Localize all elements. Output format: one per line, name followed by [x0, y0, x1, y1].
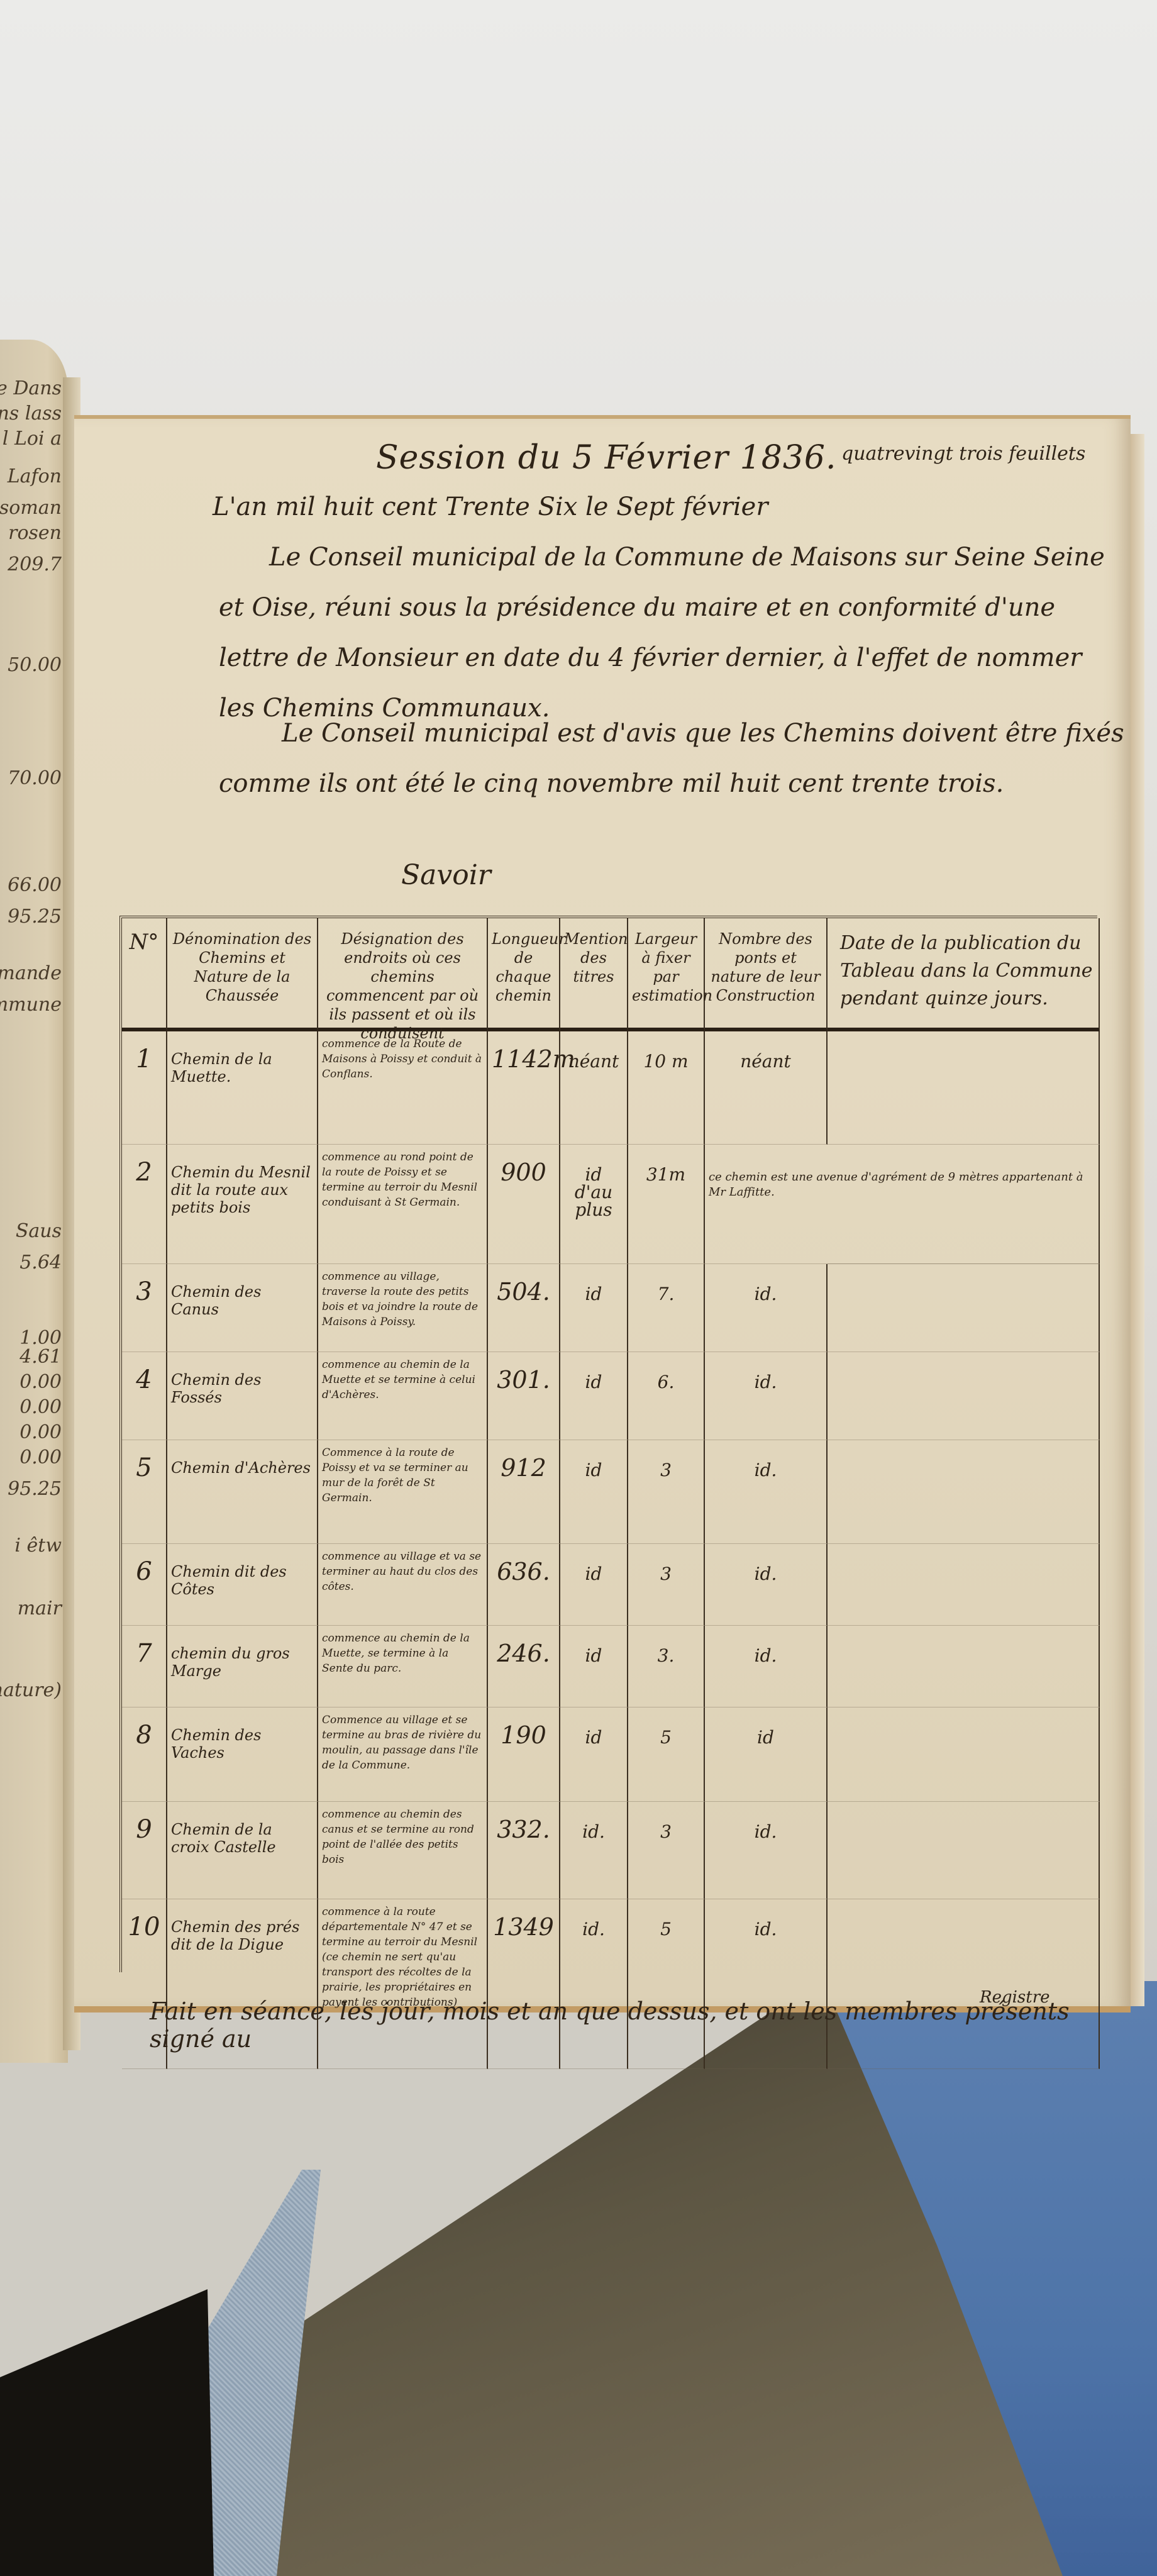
road-name-cell: Chemin du Mesnil dit la route aux petits…	[167, 1145, 318, 1264]
road-designation-cell: commence au chemin des canus et se termi…	[318, 1802, 488, 1899]
publication-date-cell	[828, 1440, 1100, 1544]
road-designation-cell: commence de la Route de Maisons à Poissy…	[318, 1031, 488, 1145]
col-header-publication-date: Date de la publication du Tableau dans l…	[828, 918, 1100, 1031]
road-name-cell: Chemin d'Achères	[167, 1440, 318, 1544]
road-bridges-cell: ce chemin est une avenue d'agrément de 9…	[705, 1145, 1100, 1264]
road-length-cell: 190	[488, 1707, 560, 1802]
road-width-cell: 3.	[628, 1626, 705, 1707]
road-designation-cell: commence au village et va se terminer au…	[318, 1544, 488, 1626]
publication-date-cell	[828, 1802, 1100, 1899]
road-designation-cell: commence au village, traverse la route d…	[318, 1264, 488, 1352]
left-page-fragment: 95.25	[8, 906, 62, 928]
col-header-titles: Mention des titres	[560, 918, 628, 1031]
road-length-cell: 301.	[488, 1352, 560, 1440]
roads-table: N° Dénomination des Chemins et Nature de…	[119, 916, 1097, 1972]
col-header-designation: Désignation des endroits où ces chemins …	[318, 918, 488, 1031]
road-name-cell: Chemin des Fossés	[167, 1352, 318, 1440]
road-length-cell: 636.	[488, 1544, 560, 1626]
col-header-length: Longueur de chaque chemin	[488, 918, 560, 1031]
road-bridges-cell: id.	[705, 1352, 828, 1440]
road-name-cell: Chemin dit des Côtes	[167, 1544, 318, 1626]
road-bridges-cell: id.	[705, 1264, 828, 1352]
road-bridges-cell: id	[705, 1707, 828, 1802]
publication-date-cell	[828, 1626, 1100, 1707]
road-length-cell: 912	[488, 1440, 560, 1544]
road-titles-cell: id	[560, 1440, 628, 1544]
road-bridges-cell: id.	[705, 1544, 828, 1626]
left-page-fragment: onaisoman	[0, 497, 62, 519]
left-page-fragment: i êtw	[14, 1535, 62, 1557]
left-page-fragment: l Loi a	[3, 428, 62, 450]
road-width-cell: 3	[628, 1544, 705, 1626]
road-bridges-cell: néant	[705, 1031, 828, 1145]
council-paragraph: Le Conseil municipal de la Commune de Ma…	[219, 532, 1124, 733]
road-width-cell: 3	[628, 1440, 705, 1544]
road-width-cell: 3	[628, 1802, 705, 1899]
road-designation-cell: commence au chemin de la Muette et se te…	[318, 1352, 488, 1440]
previous-page-fragment: ige Dansisons lassl Loi aLafononaisomanr…	[0, 340, 68, 2063]
publication-date-cell	[828, 1031, 1100, 1145]
left-page-fragment: commune	[0, 994, 62, 1016]
road-designation-cell: commence au chemin de la Muette, se term…	[318, 1626, 488, 1707]
left-page-fragment: 95.25	[8, 1478, 62, 1500]
session-title: Session du 5 Février 1836.	[376, 439, 837, 477]
road-length-cell: 1142m	[488, 1031, 560, 1145]
road-name-cell: Chemin des Canus	[167, 1264, 318, 1352]
road-bridges-cell: id.	[705, 1802, 828, 1899]
road-width-cell: 10 m	[628, 1031, 705, 1145]
row-number-cell: 6	[122, 1544, 167, 1626]
publication-date-cell	[828, 1264, 1100, 1352]
road-bridges-cell: id.	[705, 1440, 828, 1544]
row-number-cell: 7	[122, 1626, 167, 1707]
road-length-cell: 900	[488, 1145, 560, 1264]
publication-date-cell	[828, 1707, 1100, 1802]
row-number-cell: 3	[122, 1264, 167, 1352]
road-titles-cell: id.	[560, 1802, 628, 1899]
road-titles-cell: néant	[560, 1031, 628, 1145]
left-page-fragment: mande	[0, 962, 62, 984]
road-length-cell: 504.	[488, 1264, 560, 1352]
register-page: Session du 5 Février 1836. quatrevingt t…	[74, 415, 1131, 2012]
left-page-fragment: isons lass	[0, 402, 62, 425]
left-page-fragment: 50.00	[8, 654, 62, 676]
road-width-cell: 7.	[628, 1264, 705, 1352]
road-titles-cell: id d'au plus	[560, 1145, 628, 1264]
opinion-paragraph: Le Conseil municipal est d'avis que les …	[219, 708, 1124, 809]
left-page-fragment: 70.00	[8, 767, 62, 789]
row-number-cell: 2	[122, 1145, 167, 1264]
left-page-fragment: Saus	[16, 1220, 62, 1242]
publication-date-cell	[828, 1352, 1100, 1440]
road-titles-cell: id	[560, 1352, 628, 1440]
road-titles-cell: id	[560, 1707, 628, 1802]
publication-date-cell	[828, 1544, 1100, 1626]
road-width-cell: 5	[628, 1707, 705, 1802]
col-header-width: Largeur à fixer par estimation	[628, 918, 705, 1031]
left-page-fragment: Lafon	[8, 465, 62, 487]
road-designation-cell: Commence à la route de Poissy et va se t…	[318, 1440, 488, 1544]
road-bridges-cell: id.	[705, 1626, 828, 1707]
left-page-fragment: (signature)	[0, 1679, 62, 1701]
road-name-cell: chemin du gros Marge	[167, 1626, 318, 1707]
road-width-cell: 6.	[628, 1352, 705, 1440]
savoir-heading: Savoir	[401, 859, 491, 891]
row-number-cell: 4	[122, 1352, 167, 1440]
left-page-fragment: 0.00	[19, 1446, 62, 1468]
road-titles-cell: id	[560, 1626, 628, 1707]
row-number-cell: 9	[122, 1802, 167, 1899]
road-titles-cell: id	[560, 1544, 628, 1626]
road-width-cell: 31m	[628, 1145, 705, 1264]
road-name-cell: Chemin des Vaches	[167, 1707, 318, 1802]
road-name-cell: Chemin de la croix Castelle	[167, 1802, 318, 1899]
left-page-fragment: 0.00	[19, 1396, 62, 1418]
road-designation-cell: Commence au village et se termine au bra…	[318, 1707, 488, 1802]
row-number-cell: 1	[122, 1031, 167, 1145]
left-page-fragment: 5.64	[19, 1252, 62, 1274]
date-line: L'an mil huit cent Trente Six le Sept fé…	[213, 482, 1118, 532]
closing-statement: Fait en séance, les jour, mois et an que…	[150, 1997, 1080, 2053]
left-page-fragment: 66.00	[8, 874, 62, 896]
col-header-number: N°	[122, 918, 167, 1031]
road-name-cell: Chemin de la Muette.	[167, 1031, 318, 1145]
folio-note: quatrevingt trois feuillets	[841, 443, 1085, 465]
road-titles-cell: id	[560, 1264, 628, 1352]
left-page-fragment: 4.61	[19, 1346, 62, 1368]
left-page-fragment: rosen	[8, 522, 62, 544]
left-page-fragment: mair	[18, 1597, 62, 1619]
left-page-fragment: 209.7	[8, 553, 62, 575]
left-page-fragment: 0.00	[19, 1371, 62, 1393]
row-number-cell: 5	[122, 1440, 167, 1544]
row-number-cell: 8	[122, 1707, 167, 1802]
road-length-cell: 246.	[488, 1626, 560, 1707]
closing-end-word: Registre	[980, 1988, 1050, 2007]
left-page-fragment: 0.00	[19, 1421, 62, 1443]
col-header-denomination: Dénomination des Chemins et Nature de la…	[167, 918, 318, 1031]
road-designation-cell: commence au rond point de la route de Po…	[318, 1145, 488, 1264]
left-page-fragment: ige Dans	[0, 377, 62, 399]
col-header-bridges: Nombre des ponts et nature de leur Const…	[705, 918, 828, 1031]
road-length-cell: 332.	[488, 1802, 560, 1899]
